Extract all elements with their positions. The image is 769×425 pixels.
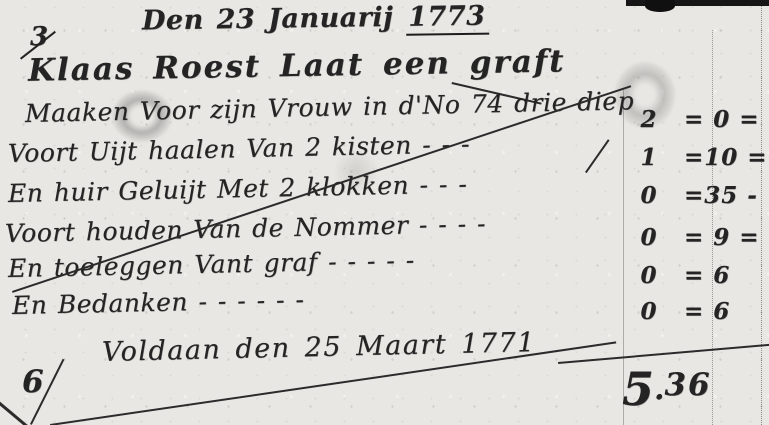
entry-text: En huir Geluijt Met 2 klokken - - - xyxy=(8,169,468,208)
corner-pen-stroke xyxy=(0,400,29,425)
date-text: Den 23 Januarij xyxy=(142,2,407,37)
total-separator: . xyxy=(654,372,664,407)
amount-guilders: 1 xyxy=(636,144,662,171)
entry-text: En Bedanken - - - - - - xyxy=(12,285,305,320)
tick-slash xyxy=(585,139,610,173)
entry-text: En toeleggen Vant graf - - - - - xyxy=(8,245,415,283)
amount-stuivers: = 6 xyxy=(684,298,769,325)
ledger-line: En Bedanken - - - - - - xyxy=(12,285,305,320)
date-heading: Den 23 Januarij 1773 xyxy=(142,1,490,37)
margin-total-number: 6 xyxy=(22,364,44,400)
amount-guilders: 0 xyxy=(636,298,662,325)
ledger-line: En huir Geluijt Met 2 klokken - - - xyxy=(8,169,468,208)
amount-stuivers: = 9 = xyxy=(684,224,769,251)
column-rule-right xyxy=(761,0,762,425)
ledger-line: Maaken Voor zijn Vrouw in d'No 74 drie d… xyxy=(25,86,635,128)
title-line: Klaas Roest Laat een graft xyxy=(28,43,566,88)
entry-text: Maaken Voor zijn Vrouw in d'No 74 drie d… xyxy=(25,86,635,128)
scan-edge-blob xyxy=(645,0,675,12)
total-guilders: 5 xyxy=(622,362,654,416)
year-text: 1773 xyxy=(406,1,490,36)
grand-total: 5.36 xyxy=(622,362,712,416)
total-stuivers: 36 xyxy=(664,367,711,403)
amount-stuivers: = 6 xyxy=(684,262,769,289)
amount-stuivers: = 0 = xyxy=(684,106,769,133)
amount-guilders: 2 xyxy=(636,106,662,133)
ledger-line: En toeleggen Vant graf - - - - - xyxy=(8,245,415,283)
manuscript-page: Den 23 Januarij 1773 3 Klaas Roest Laat … xyxy=(0,0,769,425)
amount-guilders: 0 xyxy=(636,224,662,251)
amount-guilders: 0 xyxy=(636,262,662,289)
amount-stuivers: =35 - xyxy=(684,182,769,209)
amount-guilders: 0 xyxy=(636,182,662,209)
amount-stuivers: =10 = xyxy=(684,144,769,171)
